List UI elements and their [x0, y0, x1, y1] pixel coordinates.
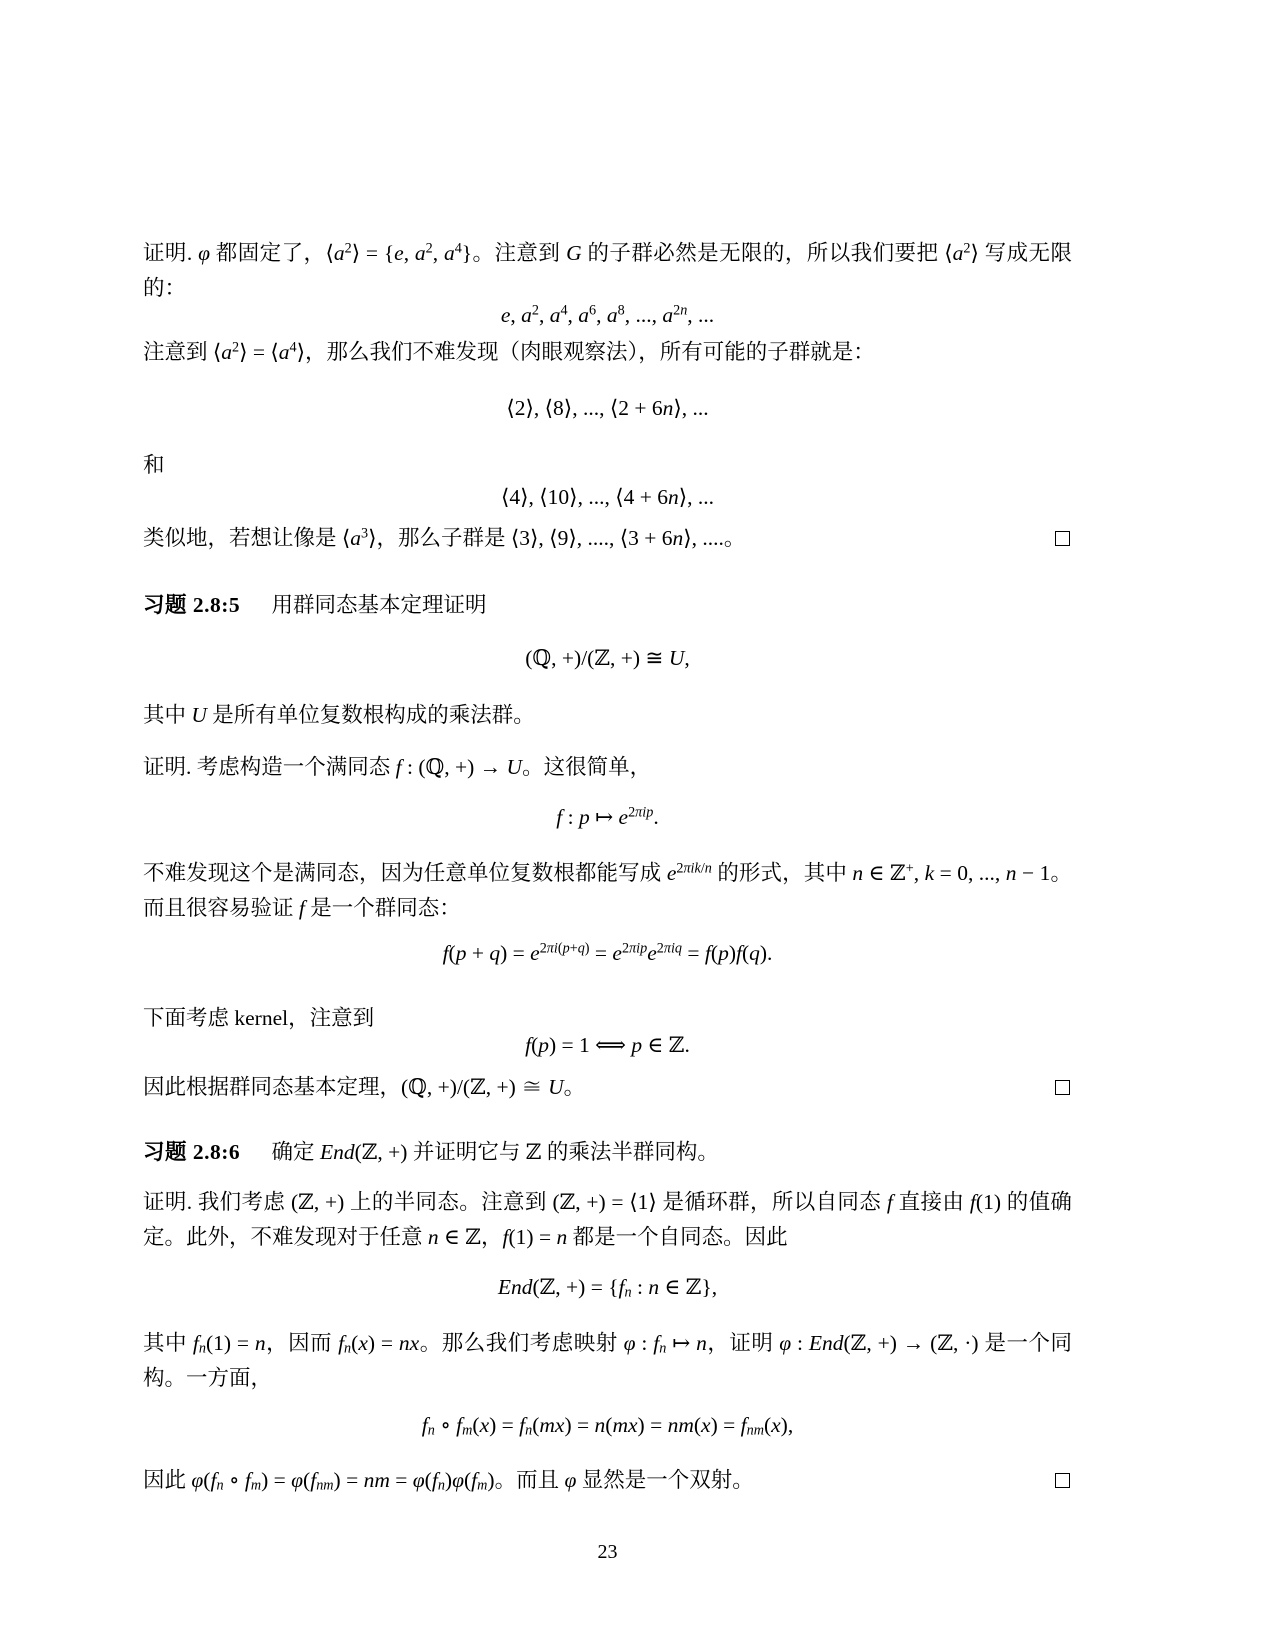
exercise-2-8-6-heading: 习题 2.8:6 确定 End(ℤ, +) 并证明它与 ℤ 的乘法半群同构。 — [143, 1135, 1072, 1170]
para-proof-endomorphism: 证明. 我们考虑 (ℤ, +) 上的半同态。注意到 (ℤ, +) = ⟨1⟩ 是… — [143, 1185, 1072, 1255]
para-conclusion-2-8-6: 因此 φ(fn ∘ fm) = φ(fnm) = nm = φ(fn)φ(fm)… — [143, 1463, 1072, 1498]
page-number: 23 — [143, 1538, 1072, 1566]
display-math-composition: fn ∘ fm(x) = fn(mx) = n(mx) = nm(x) = fn… — [143, 1408, 1072, 1443]
para-conclusion-2-8-5: 因此根据群同态基本定理，(ℚ, +)/(ℤ, +) ≅ U。 — [143, 1070, 1072, 1105]
exercise-label: 习题 2.8:5 — [143, 593, 240, 617]
display-math-f-definition: f : p ↦ e2πip. — [143, 800, 1072, 835]
para-and-connector: 和 — [143, 448, 1072, 483]
display-math-end-set: End(ℤ, +) = {fn : n ∈ ℤ}, — [143, 1270, 1072, 1305]
para-surjectivity: 不难发现这个是满同态，因为任意单位复数根都能写成 e2πik/n 的形式，其中 … — [143, 856, 1072, 926]
para-proof-continuation: 证明. φ 都固定了，⟨a2⟩ = {e, a2, a4}。注意到 G 的子群必… — [143, 236, 1072, 306]
display-math-subgroups-4: ⟨4⟩, ⟨10⟩, ..., ⟨4 + 6n⟩, ... — [143, 480, 1072, 515]
exercise-label: 习题 2.8:6 — [143, 1140, 240, 1164]
exercise-statement: 确定 End(ℤ, +) 并证明它与 ℤ 的乘法半群同构。 — [272, 1140, 719, 1164]
para-conclusion-2-8-6-text: 因此 φ(fn ∘ fm) = φ(fnm) = nm = φ(fn)φ(fm)… — [143, 1468, 754, 1492]
display-math-quotient-iso: (ℚ, +)/(ℤ, +) ≅ U, — [143, 641, 1072, 676]
display-math-powers-of-a: e, a2, a4, a6, a8, ..., a2n, ... — [143, 298, 1072, 333]
para-observation: 注意到 ⟨a2⟩ = ⟨a4⟩，那么我们不难发现（肉眼观察法），所有可能的子群就… — [143, 335, 1072, 370]
para-similar-case-text: 类似地，若想让像是 ⟨a3⟩，那么子群是 ⟨3⟩, ⟨9⟩, ...., ⟨3 … — [143, 526, 745, 550]
document-page: 证明. φ 都固定了，⟨a2⟩ = {e, a2, a4}。注意到 G 的子群必… — [0, 0, 1275, 1650]
exercise-2-8-5-heading: 习题 2.8:5 用群同态基本定理证明 — [143, 588, 1072, 623]
page-content: 证明. φ 都固定了，⟨a2⟩ = {e, a2, a4}。注意到 G 的子群必… — [143, 0, 1072, 1650]
qed-box-icon — [1055, 531, 1070, 546]
para-phi-map: 其中 fn(1) = n，因而 fn(x) = nx。那么我们考虑映射 φ : … — [143, 1326, 1072, 1396]
para-proof-construct: 证明. 考虑构造一个满同态 f : (ℚ, +) → U。这很简单， — [143, 750, 1072, 785]
qed-box-icon — [1055, 1080, 1070, 1095]
display-math-kernel-condition: f(p) = 1 ⟺ p ∈ ℤ. — [143, 1028, 1072, 1063]
display-math-homomorphism-check: f(p + q) = e2πi(p+q) = e2πipe2πiq = f(p)… — [143, 936, 1072, 971]
para-conclusion-2-8-5-text: 因此根据群同态基本定理，(ℚ, +)/(ℤ, +) ≅ U。 — [143, 1075, 585, 1099]
qed-box-icon — [1055, 1473, 1070, 1488]
display-math-subgroups-2: ⟨2⟩, ⟨8⟩, ..., ⟨2 + 6n⟩, ... — [143, 391, 1072, 426]
exercise-statement: 用群同态基本定理证明 — [272, 593, 487, 617]
para-similar-case: 类似地，若想让像是 ⟨a3⟩，那么子群是 ⟨3⟩, ⟨9⟩, ...., ⟨3 … — [143, 521, 1072, 556]
para-where-u: 其中 U 是所有单位复数根构成的乘法群。 — [143, 698, 1072, 733]
